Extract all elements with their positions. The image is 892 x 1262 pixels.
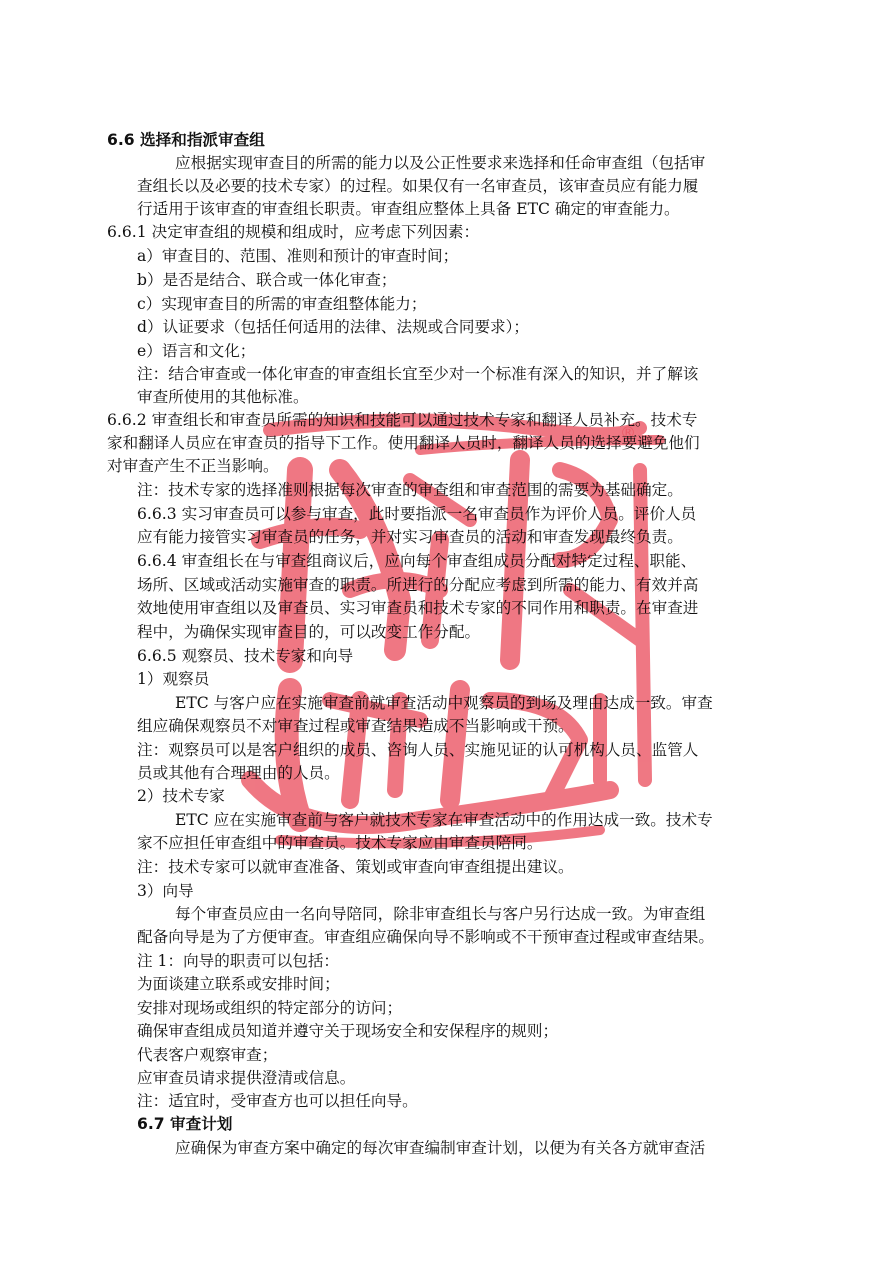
subsection-observer: 1）观察员 <box>137 668 209 690</box>
note-line: 注：技术专家的选择准则根据每次审查的审查组和审查范围的需要为基础确定。 <box>137 479 683 501</box>
paragraph-line: 家和翻译人员应在审查员的指导下工作。使用翻译人员时，翻译人员的选择要避免他们 <box>107 432 700 454</box>
paragraph-line: 对审查产生不正当影响。 <box>107 455 279 477</box>
note-line: 注：技术专家可以就审查准备、策划或审查向审查组提出建议。 <box>137 856 574 878</box>
subsection-expert: 2）技术专家 <box>137 785 225 807</box>
paragraph-line: 每个审查员应由一名向导陪同，除非审查组长与客户另行达成一致。为审查组 <box>175 903 705 925</box>
paragraph-line: 应根据实现审查目的所需的能力以及公正性要求来选择和任命审查组（包括审 <box>175 152 705 174</box>
paragraph-line: ETC 与客户应在实施审查前就审查活动中观察员的到场及理由达成一致。审查 <box>175 692 713 714</box>
clause-6-6-3: 6.6.3 实习审查员可以参与审查，此时要指派一名审查员作为评价人员。评价人员 <box>137 503 696 525</box>
list-item: 代表客户观察审查； <box>137 1044 277 1066</box>
document-page: 6.6 选择和指派审查组 应根据实现审查目的所需的能力以及公正性要求来选择和任命… <box>0 0 892 1262</box>
list-item: c）实现审查目的所需的审查组整体能力； <box>137 293 426 315</box>
paragraph-line: 配备向导是为了方便审查。审查组应确保向导不影响或不干预审查过程或审查结果。 <box>137 926 714 948</box>
clause-6-6-2: 6.6.2 审查组长和审查员所需的知识和技能可以通过技术专家和翻译人员补充。技术… <box>107 409 697 431</box>
list-item: 确保审查组成员知道并遵守关于现场安全和安保程序的规则； <box>137 1020 558 1042</box>
paragraph-line: ETC 应在实施审查前与客户就技术专家在审查活动中的作用达成一致。技术专 <box>175 809 713 831</box>
list-item: 为面谈建立联系或安排时间； <box>137 973 340 995</box>
paragraph-line: 家不应担任审查组中的审查员。技术专家应由审查员陪同。 <box>137 832 542 854</box>
note-line: 注：结合审查或一体化审查的审查组长宜至少对一个标准有深入的知识，并了解该 <box>137 363 698 385</box>
subsection-guide: 3）向导 <box>137 880 194 902</box>
list-item: e）语言和文化； <box>137 340 255 362</box>
list-item: 应审查员请求提供澄清或信息。 <box>137 1067 355 1089</box>
section-heading-6-6: 6.6 选择和指派审查组 <box>107 129 265 151</box>
list-item: 安排对现场或组织的特定部分的访问； <box>137 997 402 1019</box>
paragraph-line: 组应确保观察员不对审查过程或审查结果造成不当影响或干预。 <box>137 715 574 737</box>
note-line: 注：观察员可以是客户组织的成员、咨询人员、实施见证的认可机构人员、监管人 <box>137 739 698 761</box>
note-line: 审查所使用的其他标准。 <box>137 386 309 408</box>
note-line: 注 1：向导的职责可以包括： <box>137 950 339 972</box>
clause-6-6-5: 6.6.5 观察员、技术专家和向导 <box>137 645 353 667</box>
paragraph-line: 程中，为确保实现审查目的，可以改变工作分配。 <box>137 621 480 643</box>
list-item: b）是否是结合、联合或一体化审查； <box>137 269 396 291</box>
paragraph-line: 查组长以及必要的技术专家）的过程。如果仅有一名审查员，该审查员应有能力履 <box>137 175 698 197</box>
note-line: 注：适宜时，受审查方也可以担任向导。 <box>137 1090 418 1112</box>
paragraph-line: 应确保为审查方案中确定的每次审查编制审查计划，以便为有关各方就审查活 <box>175 1137 705 1159</box>
section-heading-6-7: 6.7 审查计划 <box>137 1113 232 1135</box>
paragraph-line: 应有能力接管实习审查员的任务，并对实习审查员的活动和审查发现最终负责。 <box>137 526 683 548</box>
list-item: d）认证要求（包括任何适用的法律、法规或合同要求）； <box>137 316 529 338</box>
clause-6-6-1: 6.6.1 决定审查组的规模和组成时，应考虑下列因素： <box>107 221 479 243</box>
paragraph-line: 行适用于该审查的审查组长职责。审查组应整体上具备 ETC 确定的审查能力。 <box>137 198 680 220</box>
paragraph-line: 场所、区域或活动实施审查的职责。所进行的分配应考虑到所需的能力、有效并高 <box>137 574 698 596</box>
paragraph-line: 效地使用审查组以及审查员、实习审查员和技术专家的不同作用和职责。在审查进 <box>137 597 698 619</box>
clause-6-6-4: 6.6.4 审查组长在与审查组商议后，应向每个审查组成员分配对特定过程、职能、 <box>137 550 696 572</box>
list-item: a）审查目的、范围、准则和预计的审查时间； <box>137 245 458 267</box>
note-line: 员或其他有合理理由的人员。 <box>137 762 340 784</box>
